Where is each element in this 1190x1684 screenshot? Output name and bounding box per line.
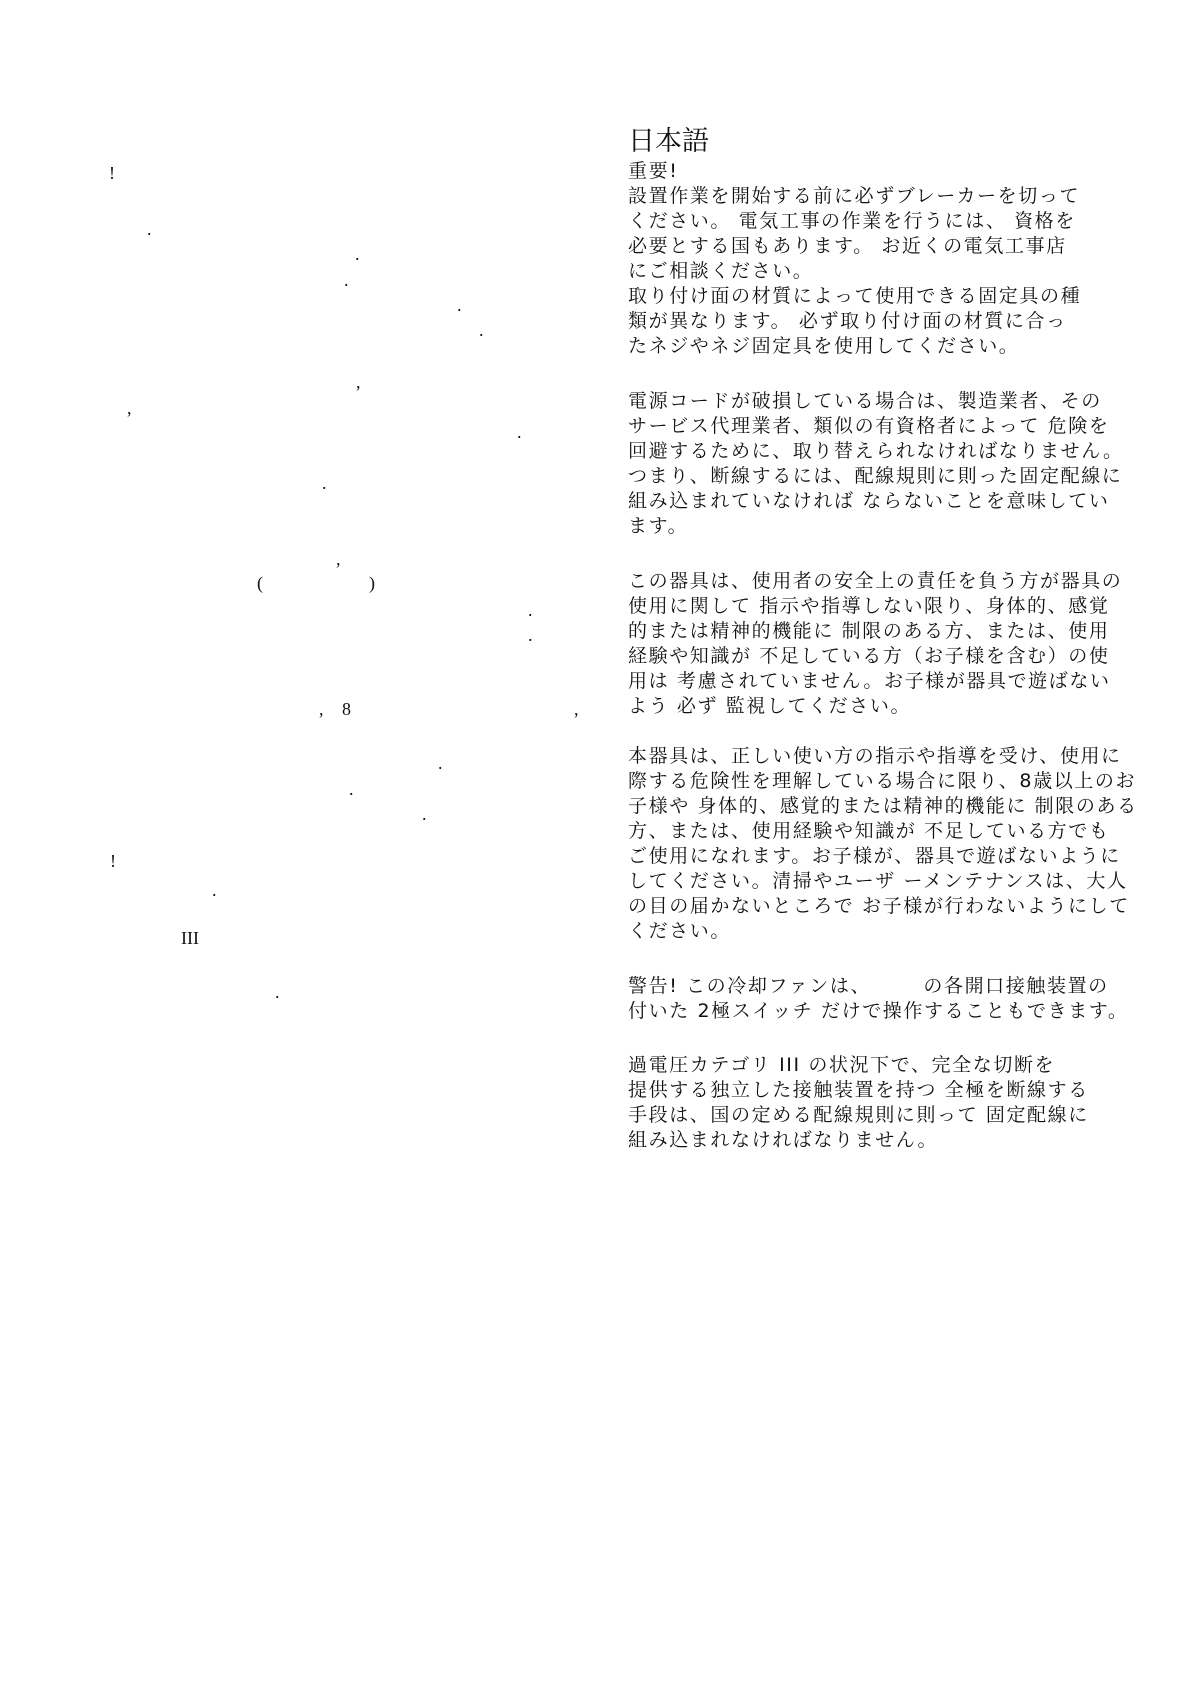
section-title: 日本語 (628, 127, 709, 157)
text-fragment: . (349, 780, 354, 798)
body-text-line: 回避するために、取り替えられなければなりません。 (628, 440, 1124, 462)
text-fragment: ) (369, 574, 375, 592)
body-text-line: よう 必ず 監視してください。 (628, 695, 911, 717)
text-fragment: ! (110, 852, 116, 870)
text-fragment: . (528, 626, 533, 644)
body-text-line: 電源コードが破損している場合は、製造業者、その (628, 390, 1102, 412)
text-fragment: . (322, 474, 327, 492)
body-text-line: 組み込まれなければなりません。 (628, 1129, 938, 1151)
text-fragment: . (528, 601, 533, 619)
body-text-line: 過電圧カテゴリ III の状況下で、完全な切断を (628, 1054, 1055, 1076)
body-text-line: ください。 (628, 920, 731, 942)
text-fragment: . (344, 271, 349, 289)
body-text-line: サービス代理業者、類似の有資格者によって 危険を (628, 415, 1109, 437)
body-text-line: 類が異なります。 必ず取り付け面の材質に合っ (628, 310, 1067, 332)
body-text-line: たネジやネジ固定具を使用してください。 (628, 335, 1019, 357)
body-text-line: 手段は、国の定める配線規則に則って 固定配線に (628, 1104, 1089, 1126)
body-text-line: 本器具は、正しい使い方の指示や指導を受け、使用に (628, 745, 1122, 767)
body-text-line: の目の届かないところで お子様が行わないようにして (628, 895, 1130, 917)
text-fragment: , (336, 550, 341, 568)
body-text-line: 取り付け面の材質によって使用できる固定具の種 (628, 285, 1081, 307)
body-text-line: 提供する独立した接触装置を持つ 全極を断線する (628, 1079, 1089, 1101)
text-fragment: III (181, 929, 199, 947)
body-text-line: 重要! (628, 160, 678, 182)
body-text-line: ます。 (628, 515, 688, 537)
text-fragment: . (212, 881, 217, 899)
body-text-line: つまり、断線するには、配線規則に則った固定配線に (628, 465, 1122, 487)
text-fragment: . (275, 983, 280, 1001)
body-text-line: この器具は、使用者の安全上の責任を負う方が器具の (628, 570, 1122, 592)
body-text-line: 組み込まれていなければ ならないことを意味してい (628, 490, 1109, 512)
text-fragment: 8 (342, 700, 351, 718)
body-text-line: 付いた 2極スイッチ だけで操作することもできます。 (628, 1000, 1129, 1022)
text-fragment: , (127, 399, 132, 417)
text-fragment: . (355, 245, 360, 263)
text-fragment: . (438, 754, 443, 772)
body-text-line: してください。清掃やユーザ ーメンテナンスは、大人 (628, 870, 1128, 892)
body-text-line: 設置作業を開始する前に必ずブレーカーを切って (628, 185, 1080, 207)
body-text-line: 使用に関して 指示や指導しない限り、身体的、感覚 (628, 595, 1109, 617)
body-text-line: ご使用になれます。お子様が、器具で遊ばないように (628, 845, 1121, 867)
body-text-line: にご相談ください。 (628, 260, 813, 282)
body-text-line: 的または精神的機能に 制限のある方、または、使用 (628, 620, 1109, 642)
text-fragment: , (319, 700, 324, 718)
body-text-line: ください。 電気工事の作業を行うには、 資格を (628, 210, 1076, 232)
text-fragment: . (479, 321, 484, 339)
body-text-line: 用は 考慮されていません。お子様が器具で遊ばない (628, 670, 1111, 692)
text-fragment: ! (109, 164, 115, 182)
text-fragment: . (517, 423, 522, 441)
text-fragment: . (147, 220, 152, 238)
text-fragment: , (574, 700, 579, 718)
body-text-line: 経験や知識が 不足している方（お子様を含む）の使 (628, 645, 1109, 667)
text-fragment: . (422, 805, 427, 823)
document-page: !.....,,..,()..,8,...!.III. 日本語 重要!設置作業を… (0, 0, 1190, 1684)
text-fragment: ( (257, 574, 263, 592)
body-text-line: 必要とする国もあります。 お近くの電気工事店 (628, 235, 1067, 257)
body-text-line: 子様や 身体的、感覚的または精神的機能に 制限のある (628, 795, 1138, 817)
body-text-line: 際する危険性を理解している場合に限り、8歳以上のお (628, 770, 1136, 792)
body-text-line: 警告! この冷却ファンは、 の各開口接触装置の (628, 975, 1109, 997)
text-fragment: , (356, 373, 361, 391)
body-text-line: 方、または、使用経験や知識が 不足している方でも (628, 820, 1109, 842)
text-fragment: . (457, 296, 462, 314)
